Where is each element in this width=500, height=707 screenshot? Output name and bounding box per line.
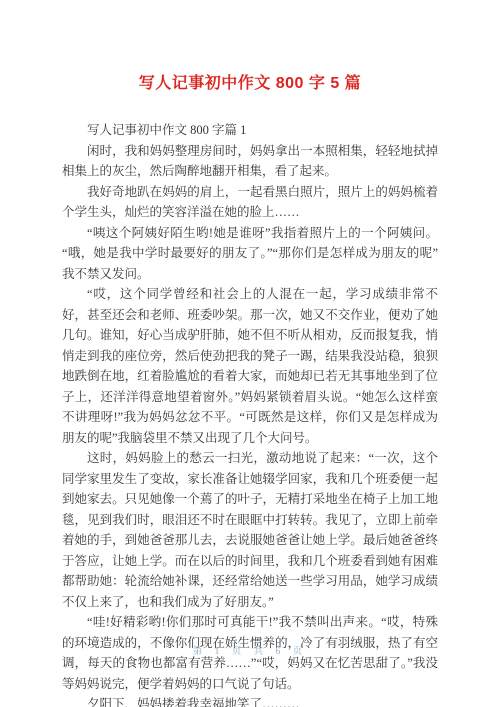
section-heading: 写人记事初中作文 800 字篇 1 (62, 120, 438, 141)
paragraph: “咦这个阿姨好陌生哟!她是谁呀”我指着照片上的一个阿姨问。“哦，她是我中学时最要… (62, 223, 438, 285)
page-number: 第 1 页 共 6 页 (0, 643, 500, 657)
paragraph: 闲时，我和妈妈整理房间时，妈妈拿出一本照相集，轻轻地拭掉相集上的灰尘，然后陶醉地… (62, 141, 438, 182)
paragraph: 这时，妈妈脸上的愁云一扫光，激动地说了起来：“一次，这个同学家里发生了变故，家长… (62, 448, 438, 612)
paragraph: 我好奇地趴在妈妈的肩上，一起看黑白照片，照片上的妈妈梳着个学生头，灿烂的笑容洋溢… (62, 182, 438, 223)
document-title: 写人记事初中作文 800 字 5 篇 (0, 0, 500, 93)
document-page: 写人记事初中作文 800 字 5 篇 写人记事初中作文 800 字篇 1 闲时，… (0, 0, 500, 707)
document-body: 写人记事初中作文 800 字篇 1 闲时，我和妈妈整理房间时，妈妈拿出一本照相集… (62, 120, 438, 707)
paragraph: “哎，这个同学曾经和社会上的人混在一起，学习成绩非常不好，甚至还会和老师、班委吵… (62, 284, 438, 448)
paragraph: 夕阳下，妈妈搂着我幸福地笑了……… (62, 694, 438, 707)
